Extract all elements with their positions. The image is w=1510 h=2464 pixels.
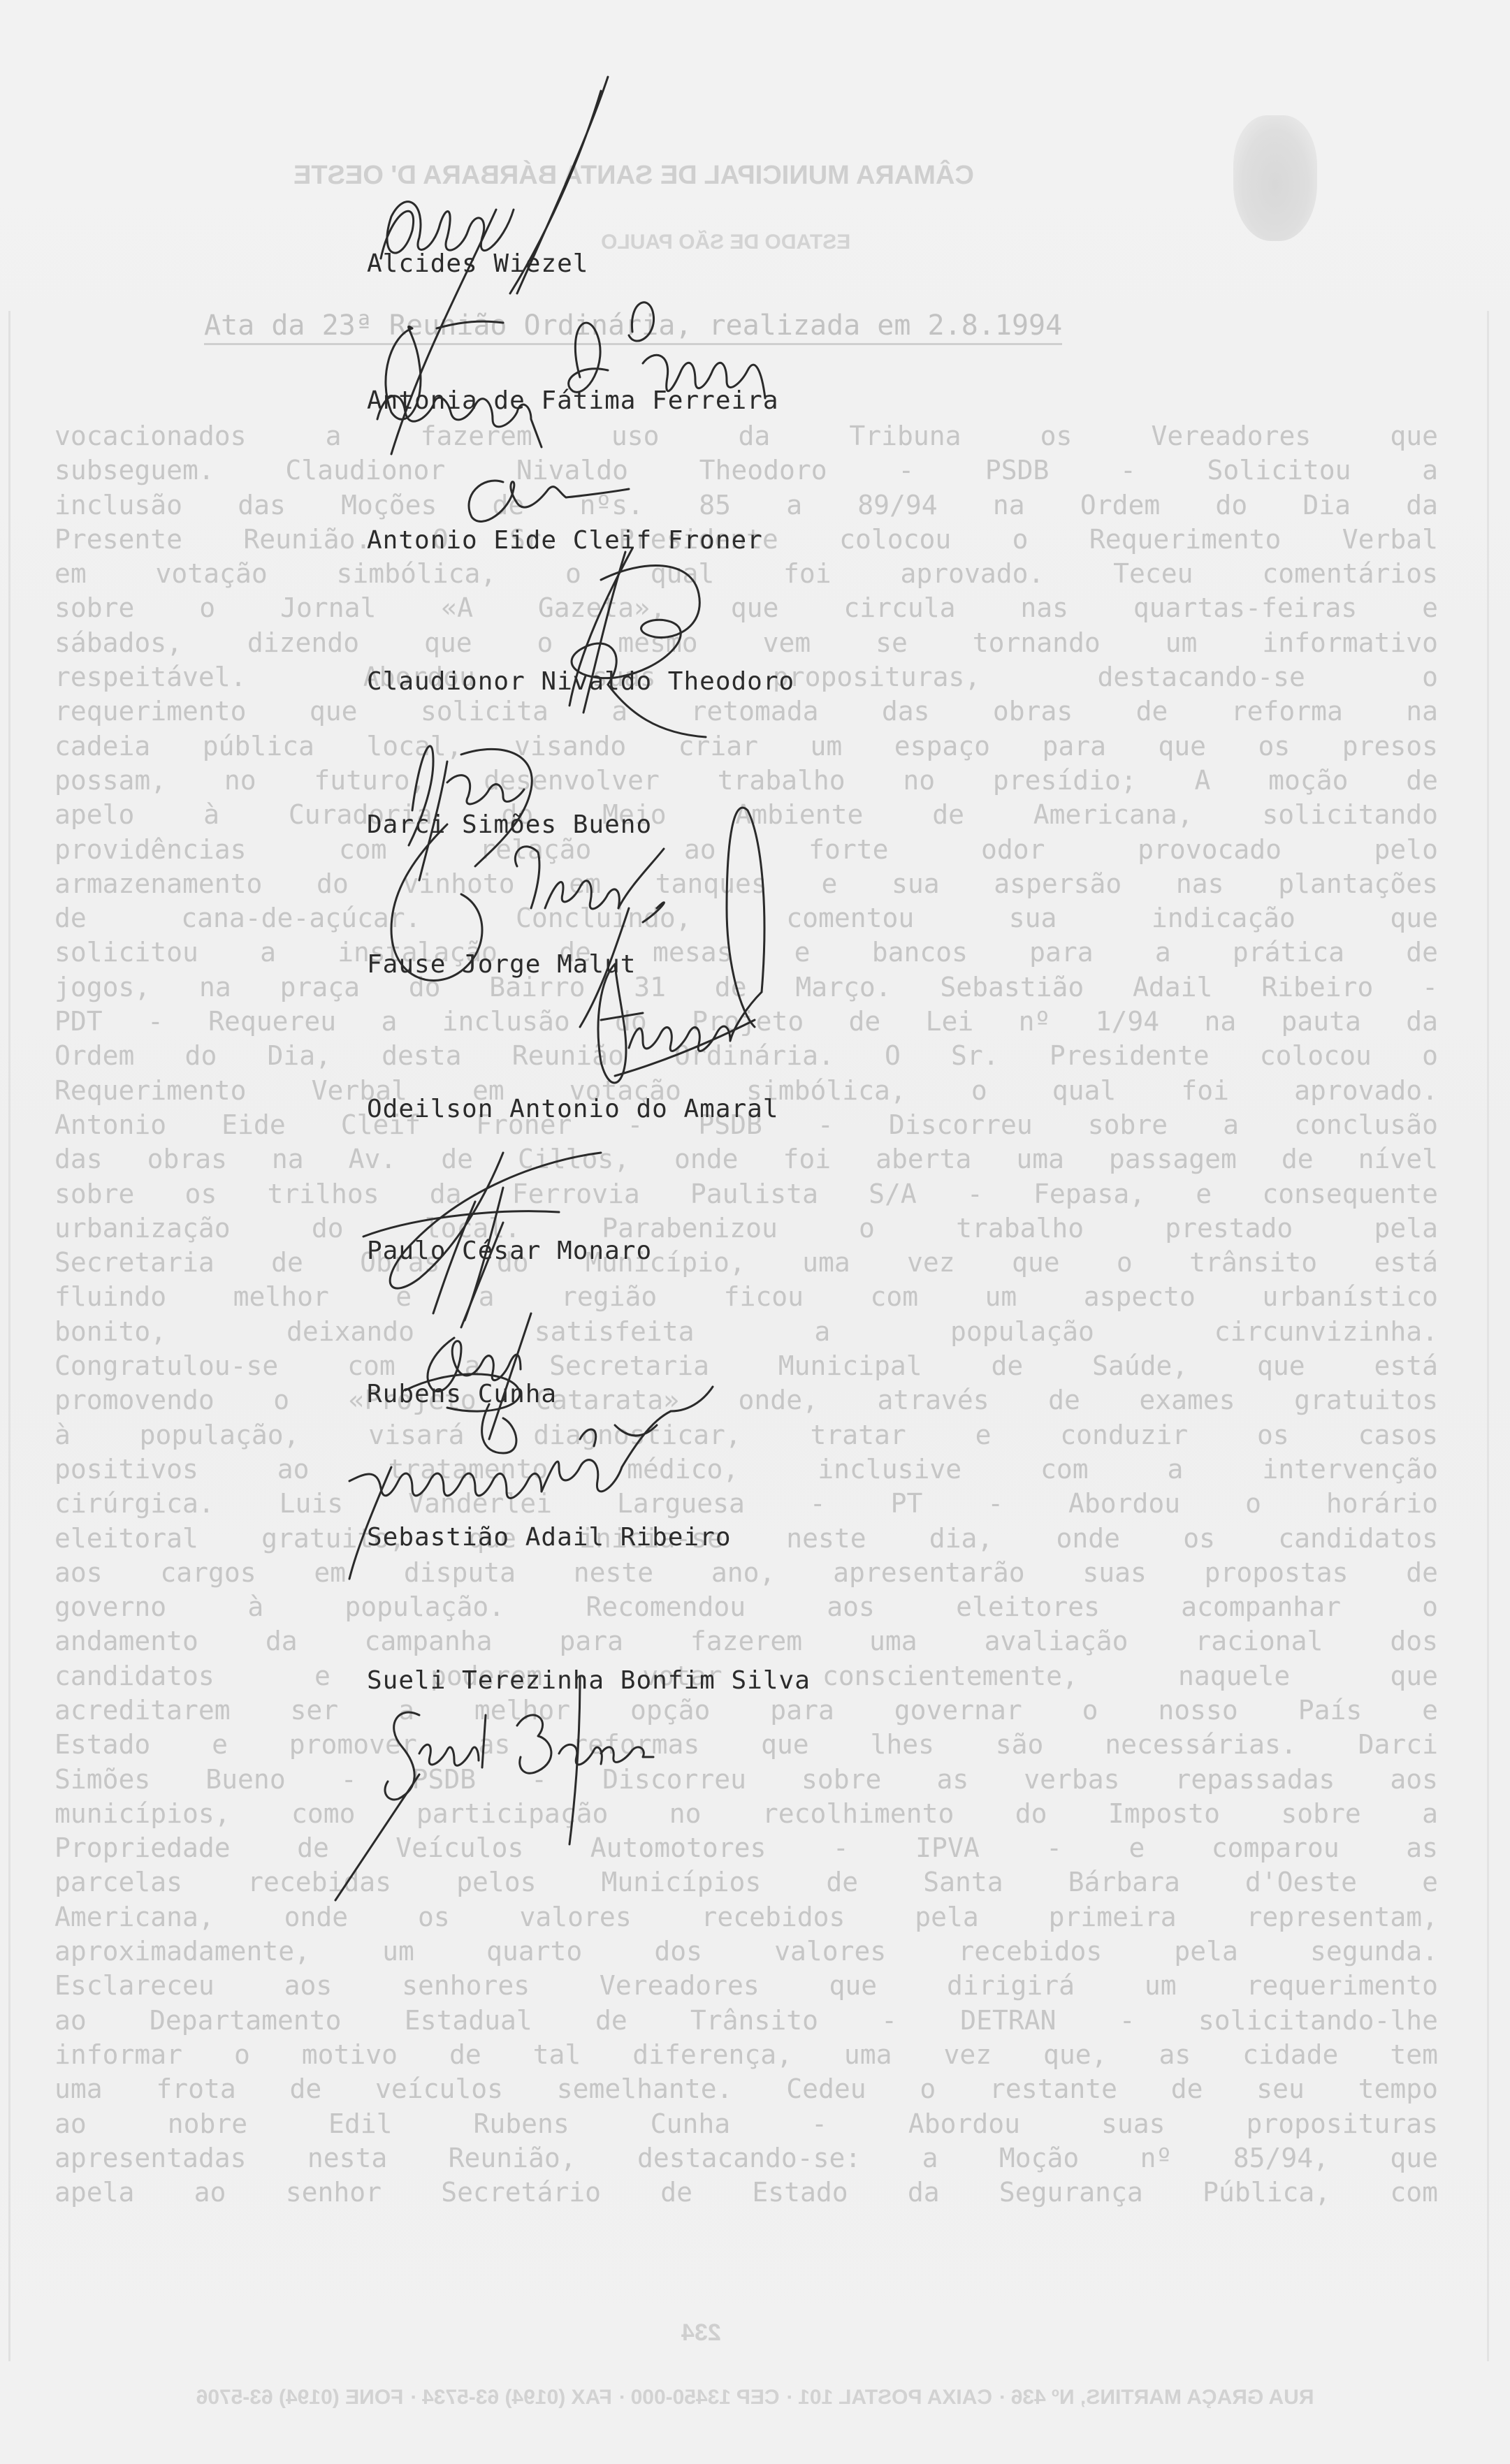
minutes-body-line: Ordem do Dia, desta Reunião Ordinária. O…	[55, 1039, 1438, 1073]
minutes-body-line: cirúrgica. Luis Vanderlei Larguesa - PT …	[55, 1487, 1438, 1521]
letterhead-footer: RUA GRAÇA MARTINS, Nº 436 · CAIXA POSTAL…	[0, 2386, 1510, 2410]
minutes-body-line: municípios, como participação no recolhi…	[55, 1797, 1438, 1831]
minutes-body-line: sábados, dizendo que o mesmo vem se torn…	[55, 626, 1438, 660]
page-border-right	[1487, 311, 1489, 2361]
minutes-body-line: fluindo melhor e a região ficou com um a…	[55, 1280, 1438, 1314]
page-number: 234	[681, 2319, 721, 2347]
coat-of-arms-icon	[1233, 115, 1317, 241]
minutes-body-line: requerimento que solicita a retomada das…	[55, 694, 1438, 729]
minutes-body-line: Estado e promover as reformas que lhes s…	[55, 1728, 1438, 1762]
signatory-name: Alcides Wiezel	[367, 249, 588, 278]
minutes-body-line: das obras na Av. de Cillos, onde foi abe…	[55, 1142, 1438, 1176]
signatory-name: Antonia de Fátima Ferreira	[367, 386, 779, 415]
minutes-body-line: Esclareceu aos senhores Vereadores que d…	[55, 1969, 1438, 2003]
minutes-body-line: à população, visará diagnosticar, tratar…	[55, 1418, 1438, 1452]
signatory-name: Odeilson Antonio do Amaral	[367, 1095, 779, 1123]
minutes-body-line: Propriedade de Veículos Automotores - IP…	[55, 1831, 1438, 1865]
minutes-body-line: em votação simbólica, o qual foi aprovad…	[55, 557, 1438, 591]
minutes-body-line: informar o motivo de tal diferença, uma …	[55, 2038, 1438, 2072]
minutes-body-line: providências com relação ao forte odor p…	[55, 833, 1438, 867]
minutes-body-line: promovendo o «Projeto Catarata» onde, at…	[55, 1383, 1438, 1417]
letterhead-institution: CÂMARA MUNICIPAL DE SANTA BÁRBARA D' OES…	[293, 161, 974, 191]
minutes-body-line: PDT - Requereu a inclusão do Projeto de …	[55, 1005, 1438, 1039]
minutes-body-line: apelo à Curadoria do Meio Ambiente de Am…	[55, 798, 1438, 832]
signatory-name: Antonio Eide Cleif Froner	[367, 526, 763, 555]
minutes-body-line: aproximadamente, um quarto dos valores r…	[55, 1934, 1438, 1969]
minutes-body-line: armazenamento do vinhoto em tanques e su…	[55, 867, 1438, 901]
minutes-body-line: jogos, na praça do Bairro 31 de Março. S…	[55, 970, 1438, 1005]
minutes-body-line: solicitou a instalação de mesas e bancos…	[55, 935, 1438, 970]
minutes-body-line: andamento da campanha para fazerem uma a…	[55, 1624, 1438, 1659]
signatory-name: Sebastião Adail Ribeiro	[367, 1523, 732, 1552]
minutes-body-line: eleitoral gratuito, que inicia-se neste …	[55, 1522, 1438, 1556]
minutes-body-line: positivos ao tratamento médico, inclusiv…	[55, 1452, 1438, 1487]
minutes-body-line: sobre o Jornal «A Gazeta», que circula n…	[55, 591, 1438, 625]
minutes-body-line: Congratulou-se com a Secretaria Municipa…	[55, 1349, 1438, 1383]
minutes-body-line: aos cargos em disputa neste ano, apresen…	[55, 1556, 1438, 1590]
signatory-name: Rubens Cunha	[367, 1380, 557, 1408]
minutes-body-line: sobre os trilhos da Ferrovia Paulista S/…	[55, 1177, 1438, 1211]
signatory-name: Darci Simões Bueno	[367, 810, 652, 839]
minutes-body-line: Americana, onde os valores recebidos pel…	[55, 1900, 1438, 1934]
page-border-left	[8, 311, 10, 2361]
document-page: CÂMARA MUNICIPAL DE SANTA BÁRBARA D' OES…	[0, 0, 1510, 2464]
minutes-body-line: uma frota de veículos semelhante. Cedeu …	[55, 2072, 1438, 2106]
minutes-body-line: parcelas recebidas pelos Municípios de S…	[55, 1865, 1438, 1900]
signatory-name: Fause Jorge Malut	[367, 950, 636, 979]
minutes-body-line: apresentadas nesta Reunião, destacando-s…	[55, 2141, 1438, 2175]
minutes-body-line: ao nobre Edil Rubens Cunha - Abordou sua…	[55, 2107, 1438, 2141]
signatory-name: Sueli Terezinha Bonfim Silva	[367, 1666, 811, 1695]
minutes-body-line: apela ao senhor Secretário de Estado da …	[55, 2175, 1438, 2210]
minutes-body-line: subseguem. Claudionor Nivaldo Theodoro -…	[55, 453, 1438, 488]
minutes-body-line: ao Departamento Estadual de Trânsito - D…	[55, 2004, 1438, 2038]
minutes-title: Ata da 23ª Reunião Ordinária, realizada …	[204, 309, 1062, 345]
minutes-body-line: cadeia pública local, visando criar um e…	[55, 729, 1438, 764]
minutes-body-line: inclusão das Moções de nºs. 85 a 89/94 n…	[55, 488, 1438, 523]
minutes-body-line: vocacionados a fazerem uso da Tribuna os…	[55, 419, 1438, 453]
minutes-body-line: possam, no futuro, desenvolver trabalho …	[55, 764, 1438, 798]
signatory-name: Claudionor Nivaldo Theodoro	[367, 667, 794, 696]
signatory-name: Paulo César Monaro	[367, 1237, 652, 1265]
minutes-body-line: de cana-de-açúcar. Concluindo, comentou …	[55, 901, 1438, 935]
letterhead-state: ESTADO DE SÃO PAULO	[601, 231, 850, 254]
minutes-body-line: urbanização do local. Parabenizou o trab…	[55, 1211, 1438, 1246]
minutes-body-line: bonito, deixando satisfeita a população …	[55, 1315, 1438, 1349]
minutes-body-line: acreditarem ser a melhor opção para gove…	[55, 1693, 1438, 1728]
minutes-body-line: governo à população. Recomendou aos elei…	[55, 1590, 1438, 1624]
minutes-body-line: Secretaria de Obras do Município, uma ve…	[55, 1246, 1438, 1280]
minutes-body-line: Simões Bueno - PSDB - Discorreu sobre as…	[55, 1763, 1438, 1797]
